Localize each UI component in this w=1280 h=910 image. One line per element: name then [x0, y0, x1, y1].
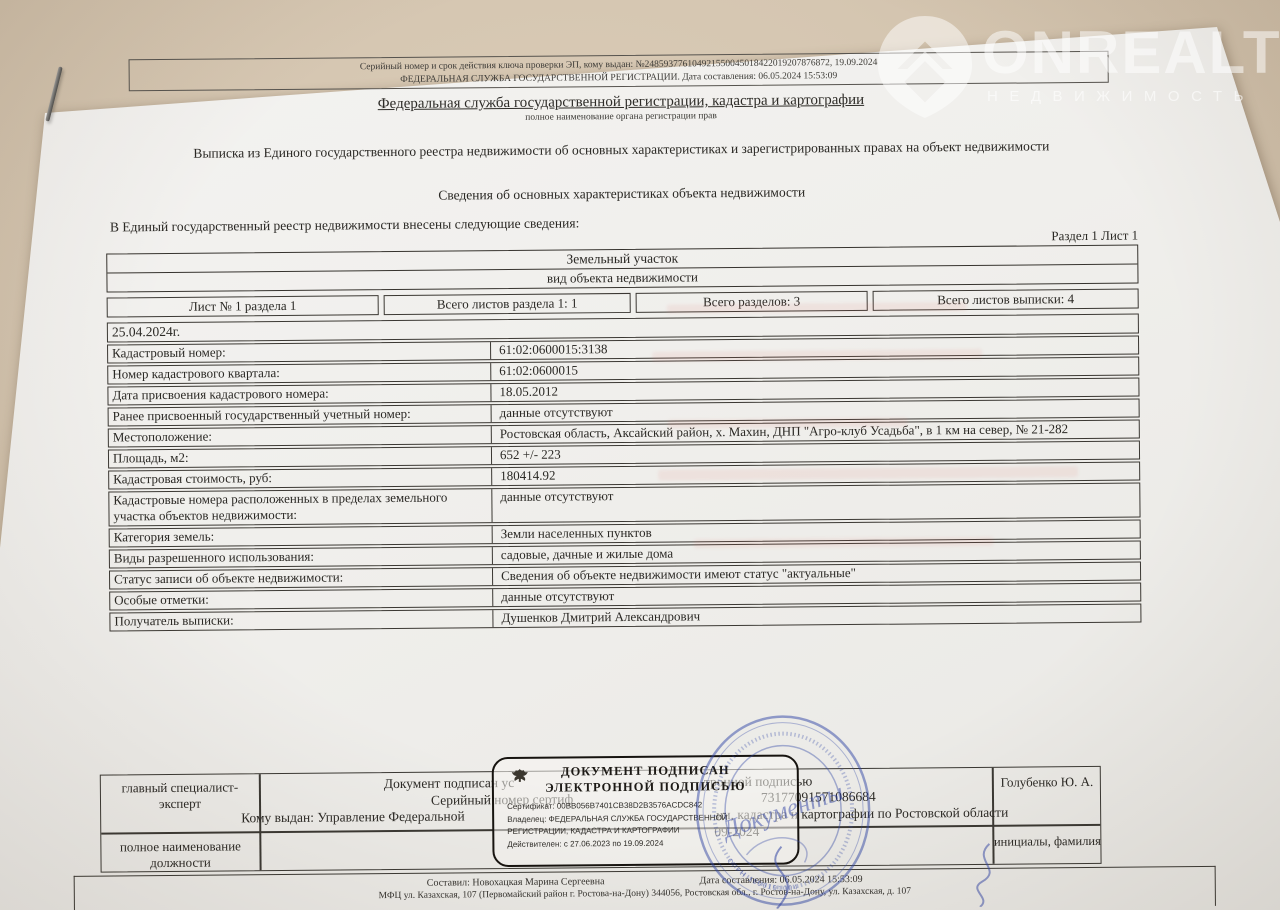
row-label: Кадастровая стоимость, руб: [109, 468, 492, 488]
print-bleed-mark [667, 302, 967, 314]
sheet-cell: Лист № 1 раздела 1 [107, 295, 379, 317]
row-value: 652 +/- 223 [492, 442, 1139, 465]
row-label: Категория земель: [110, 526, 493, 546]
row-label: Ранее присвоенный государственный учетны… [109, 405, 492, 425]
row-label: Номер кадастрового квартала: [108, 363, 491, 383]
row-label: Кадастровые номера расположенных в преде… [109, 489, 492, 525]
row-label: Особые отметки: [110, 589, 493, 609]
row-label: Площадь, м2: [109, 447, 492, 467]
signer-name: Голубенко Ю. А. [992, 774, 1102, 791]
coat-of-arms-icon [510, 767, 530, 785]
egrn-document: Серийный номер и срок действия ключа про… [104, 0, 1144, 910]
section-title: Сведения об основных характеристиках объ… [106, 182, 1138, 207]
stamp-center-text: Документы [718, 778, 847, 844]
footer-composed-by: Составил: Новохацкая Марина Сергеевна [427, 876, 605, 889]
row-label: Дата присвоения кадастрового номера: [108, 384, 491, 404]
row-value: Душенков Дмитрий Александрович [493, 605, 1140, 628]
pen-squiggle [951, 842, 1014, 908]
row-value: 61:02:0600015 [491, 358, 1138, 381]
row-label: Кадастровый номер: [108, 342, 491, 362]
round-ink-stamp: ОГРН 1096191004 Документы [685, 704, 882, 910]
row-label: Местоположение: [109, 426, 492, 446]
signer-position: главный специалист-эксперт [101, 779, 259, 812]
footer-box: Составил: Новохацкая Марина Сергеевна Да… [74, 866, 1216, 910]
row-value: данные отсутствуют [492, 484, 1139, 523]
row-value: Сведения об объекте недвижимости имеют с… [493, 563, 1140, 586]
row-label: Виды разрешенного использования: [110, 547, 493, 567]
sheet-cell: Всего листов раздела 1: 1 [384, 293, 631, 315]
row-value: данные отсутствуют [493, 584, 1140, 607]
document-title: Выписка из Единого государственного реес… [105, 138, 1137, 163]
row-label: Получатель выписки: [110, 610, 493, 630]
row-value: 18.05.2012 [491, 379, 1138, 402]
sheet-counters-row: Лист № 1 раздела 1 Всего листов раздела … [107, 289, 1139, 318]
row-label: Статус записи об объекте недвижимости: [110, 568, 493, 588]
sig-line3-left: Кому выдан: Управление Федеральной [241, 808, 465, 826]
object-type-box: Земельный участок вид объекта недвижимос… [106, 245, 1138, 293]
position-caption: полное наименование должности [101, 838, 259, 871]
eds-serial-box: Серийный номер и срок действия ключа про… [129, 51, 1109, 92]
